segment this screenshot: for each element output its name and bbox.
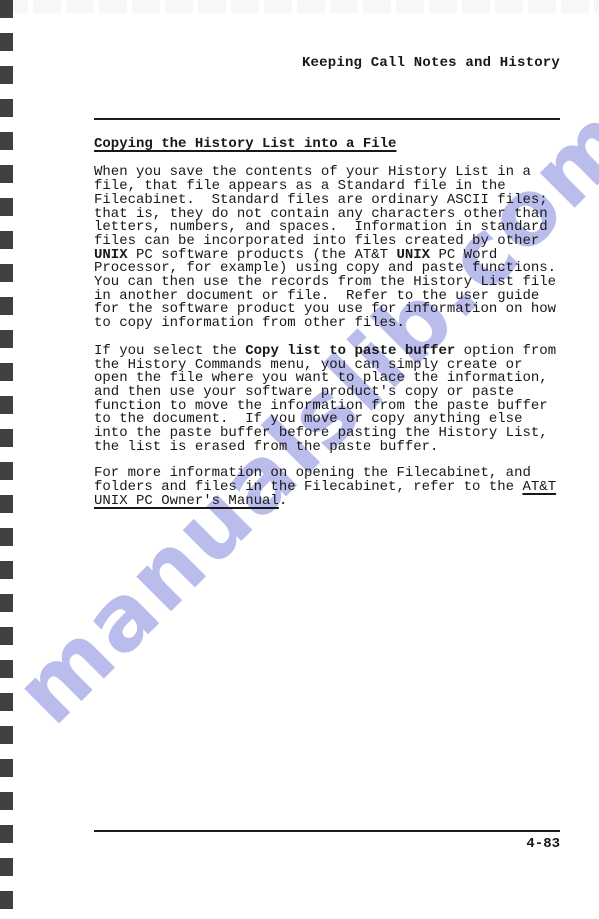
body-text: When you save the contents of your Histo… <box>94 164 548 249</box>
section-heading: Copying the History List into a File <box>94 138 560 152</box>
paragraph: If you select the Copy list to paste buf… <box>94 345 560 455</box>
paragraph: For more information on opening the File… <box>94 467 560 508</box>
body-paragraphs: When you save the contents of your Histo… <box>94 166 560 508</box>
document-page: Keeping Call Notes and History Copying t… <box>94 57 560 509</box>
body-text: For more information on opening the File… <box>94 465 531 495</box>
footer-rule <box>94 830 560 832</box>
paragraph: When you save the contents of your Histo… <box>94 166 560 330</box>
scan-artifact-left-edge <box>0 0 13 919</box>
page-number: 4-83 <box>94 836 560 852</box>
header-rule <box>94 118 560 120</box>
body-text: . <box>279 493 287 509</box>
running-header: Keeping Call Notes and History <box>94 57 560 71</box>
body-text: option from the History Commands menu, y… <box>94 343 556 455</box>
scan-artifact-top-edge <box>0 0 599 13</box>
